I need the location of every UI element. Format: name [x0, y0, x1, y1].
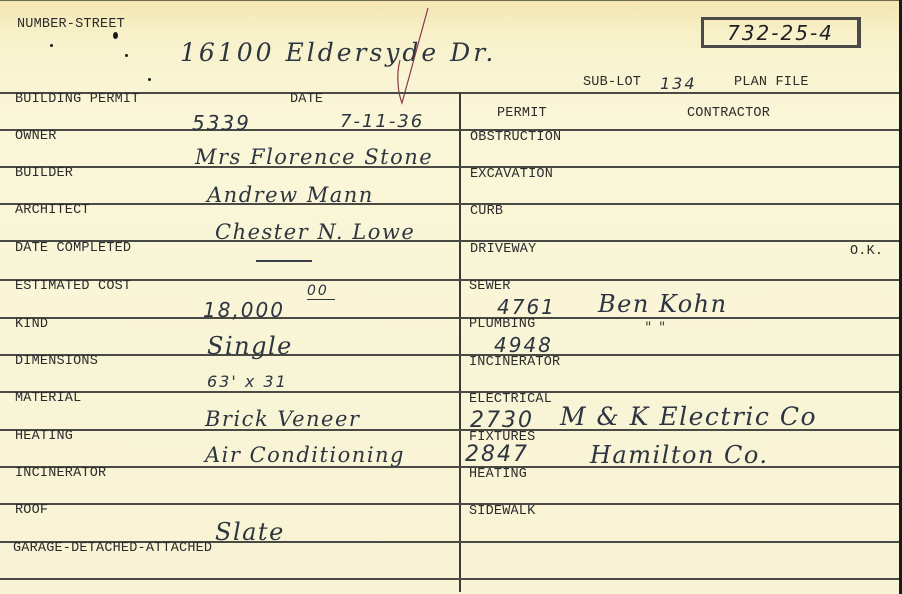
kind-value: Single	[207, 332, 293, 360]
estimated-cost-cents: 00	[307, 283, 335, 300]
sub-lot-label: SUB-LOT	[583, 75, 641, 90]
rule-line	[0, 503, 899, 505]
heating-value: Air Conditioning	[205, 443, 405, 467]
plumbing-contractor-ditto: " "	[645, 320, 667, 336]
rule-line	[0, 391, 899, 393]
permit-card: NUMBER-STREET 16100 Eldersyde Dr. 732-25…	[0, 0, 902, 594]
material-label: MATERIAL	[15, 391, 81, 406]
estimated-cost-value: 18,000	[203, 298, 285, 322]
builder-value: Andrew Mann	[207, 183, 374, 207]
rule-line	[0, 279, 899, 281]
card-top-edge	[0, 0, 902, 1]
file-number-stamp: 732-25-4	[701, 17, 861, 48]
plan-file-label: PLAN FILE	[734, 75, 809, 90]
dimensions-value: 63' x 31	[207, 372, 288, 391]
building-permit-number: 5339	[192, 111, 251, 135]
rule-line	[0, 317, 899, 319]
heating-permit-label: HEATING	[469, 467, 527, 482]
garage-label: GARAGE-DETACHED-ATTACHED	[13, 541, 212, 556]
permit-date: 7-11-36	[340, 111, 424, 132]
fixtures-contractor: Hamilton Co.	[590, 441, 769, 469]
ink-smudge	[113, 32, 118, 39]
ink-smudge	[50, 44, 53, 47]
file-number: 732-25-4	[727, 21, 834, 45]
obstruction-label: OBSTRUCTION	[470, 130, 561, 145]
contractor-column-header: CONTRACTOR	[687, 106, 770, 121]
address-value: 16100 Eldersyde Dr.	[180, 38, 496, 67]
sewer-label: SEWER	[469, 279, 511, 294]
roof-value: Slate	[215, 518, 285, 546]
rule-line	[0, 578, 899, 580]
plumbing-permit: 4948	[494, 333, 553, 357]
date-completed-blank	[256, 260, 312, 262]
ink-smudge	[125, 54, 128, 57]
driveway-label: DRIVEWAY	[470, 242, 536, 257]
sub-lot-value: 134	[660, 74, 697, 93]
owner-value: Mrs Florence Stone	[195, 145, 433, 169]
rule-line	[0, 166, 899, 168]
sewer-contractor: Ben Kohn	[598, 290, 728, 318]
architect-label: ARCHITECT	[15, 203, 90, 218]
dimensions-label: DIMENSIONS	[15, 354, 98, 369]
rule-line	[0, 240, 899, 242]
building-permit-label: BUILDING PERMIT	[15, 92, 140, 107]
permit-column-header: PERMIT	[497, 106, 547, 121]
roof-label: ROOF	[15, 503, 48, 518]
architect-value: Chester N. Lowe	[215, 220, 415, 244]
incinerator-permit-label: INCINERATOR	[469, 355, 560, 370]
number-street-label: NUMBER-STREET	[17, 17, 125, 32]
material-value: Brick Veneer	[205, 407, 360, 431]
estimated-cost-label: ESTIMATED COST	[15, 279, 131, 294]
builder-label: BUILDER	[15, 166, 73, 181]
ink-smudge	[148, 78, 151, 81]
kind-label: KIND	[15, 317, 48, 332]
heating-label: HEATING	[15, 429, 73, 444]
driveway-note: O.K.	[850, 244, 883, 259]
fixtures-permit: 2847	[465, 442, 529, 467]
electrical-label: ELECTRICAL	[469, 392, 552, 407]
electrical-contractor: M & K Electric Co	[560, 402, 817, 431]
incinerator-label: INCINERATOR	[15, 466, 106, 481]
curb-label: CURB	[470, 204, 503, 219]
check-mark-icon	[388, 5, 438, 105]
rule-line	[0, 354, 899, 356]
plumbing-label: PLUMBING	[469, 317, 535, 332]
owner-label: OWNER	[15, 129, 57, 144]
excavation-label: EXCAVATION	[470, 167, 553, 182]
date-label: DATE	[290, 92, 323, 107]
sewer-permit: 4761	[497, 295, 556, 319]
date-completed-label: DATE COMPLETED	[15, 241, 131, 256]
sidewalk-label: SIDEWALK	[469, 504, 535, 519]
rule-line	[0, 203, 899, 205]
